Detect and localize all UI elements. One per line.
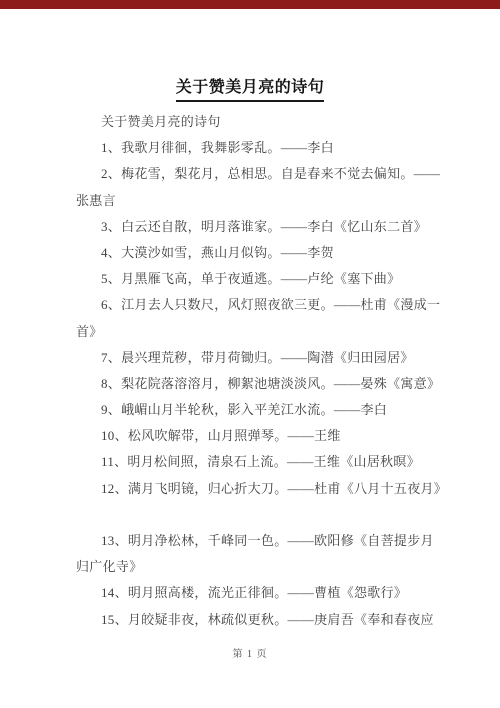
top-accent-bar xyxy=(0,0,500,9)
page-title-text: 关于赞美月亮的诗句 xyxy=(176,74,325,102)
paragraph-line: 首》 xyxy=(76,319,436,345)
paragraph-line: 归广化寺》 xyxy=(76,554,436,580)
paragraph-line: 4、大漠沙如雪，燕山月似钩。——李贺 xyxy=(76,240,436,266)
document-body: 关于赞美月亮的诗句1、我歌月徘徊，我舞影零乱。——李白2、梅花雪，梨花月，总相思… xyxy=(76,109,436,633)
page-number: 第 1 页 xyxy=(0,645,500,660)
paragraph-line: 13、明月净松林，千峰同一色。——欧阳修《自菩提步月 xyxy=(76,528,436,554)
page-title: 关于赞美月亮的诗句 xyxy=(0,74,500,102)
paragraph-line: 11、明月松间照，清泉石上流。——王维《山居秋暝》 xyxy=(76,449,436,475)
paragraph-line: 6、江月去人只数尺，风灯照夜欲三更。——杜甫《漫成一 xyxy=(76,292,436,318)
document-page: 关于赞美月亮的诗句 关于赞美月亮的诗句1、我歌月徘徊，我舞影零乱。——李白2、梅… xyxy=(0,0,500,708)
paragraph-line: 2、梅花雪，梨花月，总相思。自是春来不觉去偏知。—— xyxy=(76,161,436,187)
paragraph-line: 15、月皎疑非夜，林疏似更秋。——庚肩吾《奉和春夜应 xyxy=(76,607,436,633)
paragraph-line: 张惠言 xyxy=(76,188,436,214)
paragraph-line: 1、我歌月徘徊，我舞影零乱。——李白 xyxy=(76,135,436,161)
paragraph-line: 10、松风吹解带，山月照弹琴。——王维 xyxy=(76,423,436,449)
blank-line xyxy=(76,502,436,528)
paragraph-line: 8、梨花院落溶溶月，柳絮池塘淡淡风。——晏殊《寓意》 xyxy=(76,371,436,397)
paragraph-line: 5、月黑雁飞高，单于夜遁逃。——卢纶《塞下曲》 xyxy=(76,266,436,292)
paragraph-line: 3、白云还自散，明月落谁家。——李白《忆山东二首》 xyxy=(76,214,436,240)
paragraph-line: 9、峨嵋山月半轮秋，影入平羌江水流。——李白 xyxy=(76,397,436,423)
paragraph-line: 7、晨兴理荒秽，带月荷锄归。——陶潜《归田园居》 xyxy=(76,345,436,371)
paragraph-line: 关于赞美月亮的诗句 xyxy=(76,109,436,135)
paragraph-line: 12、满月飞明镜，归心折大刀。——杜甫《八月十五夜月》 xyxy=(76,476,436,502)
paragraph-line: 14、明月照高楼，流光正徘徊。——曹植《怨歌行》 xyxy=(76,580,436,606)
